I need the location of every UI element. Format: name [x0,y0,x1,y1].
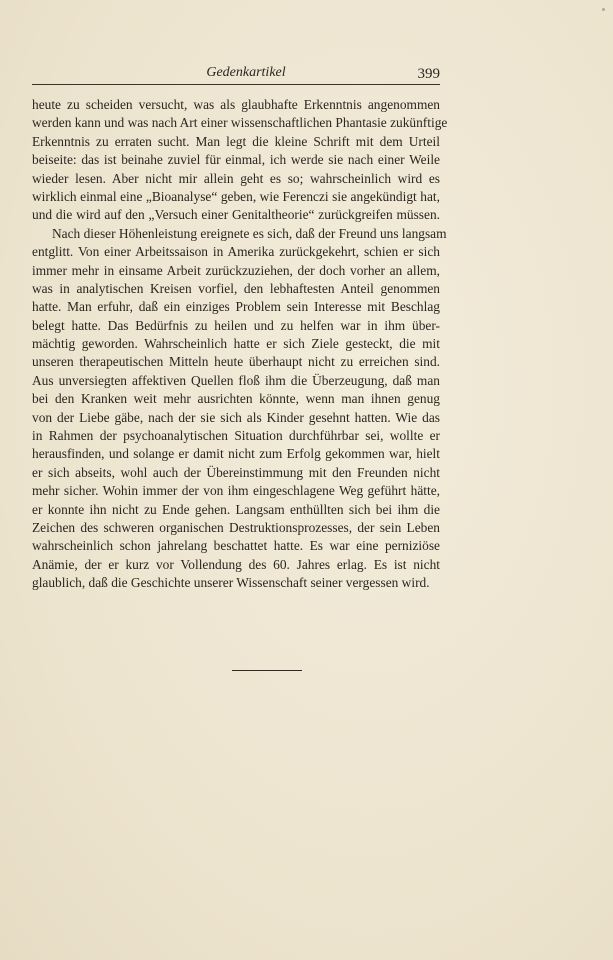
text-line: wieder lesen. Aber nicht mir allein geht… [32,170,440,188]
body-text: heute zu scheiden versucht, was als glau… [32,96,440,593]
text-line: Aus unversiegten affektiven Quellen floß… [32,372,440,390]
text-line: belegt hatte. Das Bedürfnis zu heilen un… [32,317,440,335]
text-line: und die wird auf den „Versuch einer Geni… [32,206,440,224]
text-line: er sich abseits, wohl auch der Übereinst… [32,464,440,482]
text-line: wirklich einmal eine „Bioanalyse“ geben,… [32,188,440,206]
text-line: von der Liebe gäbe, nach der sie sich al… [32,409,440,427]
text-line: unseren therapeutischen Mitteln heute üb… [32,353,440,371]
text-line: hatte. Man erfuhr, daß ein einziges Prob… [32,298,440,316]
text-line: heute zu scheiden versucht, was als glau… [32,96,440,114]
text-line: herausfinden, und solange er damit nicht… [32,445,440,463]
text-line: beiseite: das ist beinahe zuviel für ein… [32,151,440,169]
text-line: Anämie, der er kurz vor Vollendung des 6… [32,556,440,574]
text-line: werden kann und was nach Art einer wisse… [32,114,440,132]
text-line: Nach dieser Höhenleistung ereignete es s… [32,225,440,243]
book-page: Gedenkartikel 399 heute zu scheiden vers… [0,0,613,960]
running-title: Gedenkartikel [32,65,440,81]
text-line: glaublich, daß die Geschichte unserer Wi… [32,574,440,592]
paragraph-1: heute zu scheiden versucht, was als glau… [32,96,440,225]
text-line: bei den Kranken weit mehr ausrichten kön… [32,390,440,408]
text-line: Erkenntnis zu erraten sucht. Man legt di… [32,133,440,151]
text-line: mehr sicher. Wohin immer der von ihm ein… [32,482,440,500]
paragraph-2: Nach dieser Höhenleistung ereignete es s… [32,225,440,593]
paper-speck [602,8,605,11]
text-line: immer mehr in einsame Arbeit zurückzuzie… [32,262,440,280]
page-number: 399 [418,66,441,83]
text-line: was in analytischen Kreisen vorfiel, den… [32,280,440,298]
text-line: Zeichen des schweren organischen Destruk… [32,519,440,537]
text-line: wahrscheinlich schon jahrelang beschatte… [32,537,440,555]
text-line: mächtig geworden. Wahrscheinlich hatte e… [32,335,440,353]
closing-rule [232,670,302,671]
text-line: entglitt. Von einer Arbeitssaison in Ame… [32,243,440,261]
text-line: er konnte ihn nicht zu Ende gehen. Langs… [32,501,440,519]
running-head: Gedenkartikel 399 [32,60,440,85]
text-line: in Rahmen der psychoanalytischen Situati… [32,427,440,445]
